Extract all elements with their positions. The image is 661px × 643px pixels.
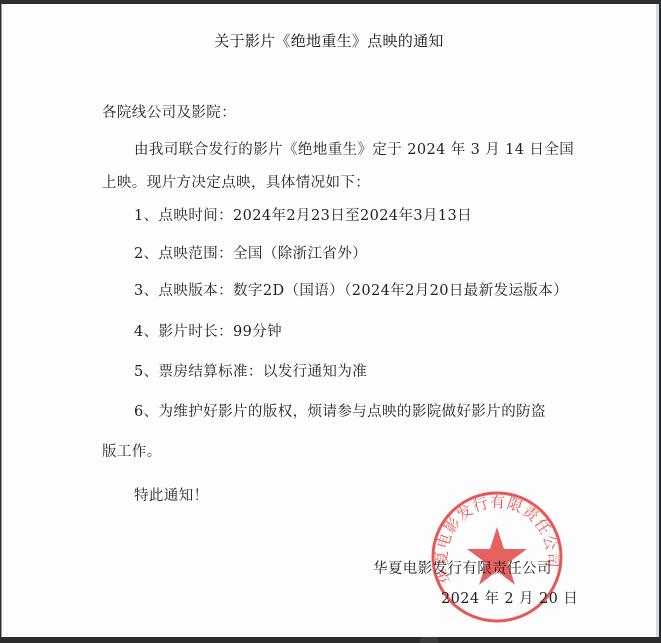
salutation: 各院线公司及影院： <box>102 101 236 122</box>
list-item-screening-version: 3、点映版本：数字2D（国语）（2024年2月20日最新发运版本） <box>134 279 568 300</box>
list-item-screening-period: 1、点映时间：2024年2月23日至2024年3月13日 <box>134 204 472 225</box>
scroll-grip[interactable] <box>420 637 438 643</box>
list-item-anti-piracy: 6、为维护好影片的版权，烦请参与点映的影院做好影片的防盗 <box>134 400 546 421</box>
list-item-runtime: 4、影片时长：99分钟 <box>134 320 282 341</box>
intro-paragraph-line-1: 由我司联合发行的影片《绝地重生》定于 2024 年 3 月 14 日全国 <box>134 138 574 159</box>
list-item-box-office-settlement: 5、票房结算标准：以发行通知为准 <box>134 360 367 381</box>
list-item-anti-piracy-continued: 版工作。 <box>102 440 162 461</box>
document-title: 关于影片《绝地重生》点映的通知 <box>2 30 656 51</box>
closing-remark: 特此通知！ <box>134 484 209 505</box>
list-item-screening-scope: 2、点映范围：全国（除浙江省外） <box>134 242 367 263</box>
window-bottom-bar <box>0 637 661 643</box>
document-page: 关于影片《绝地重生》点映的通知 各院线公司及影院： 由我司联合发行的影片《绝地重… <box>1 4 659 637</box>
signature-company: 华夏电影发行有限责任公司 <box>373 557 552 578</box>
intro-paragraph-line-2: 上映。现片方决定点映，具体情况如下： <box>102 171 370 192</box>
signature-date: 2024 年 2 月 20 日 <box>441 587 578 608</box>
